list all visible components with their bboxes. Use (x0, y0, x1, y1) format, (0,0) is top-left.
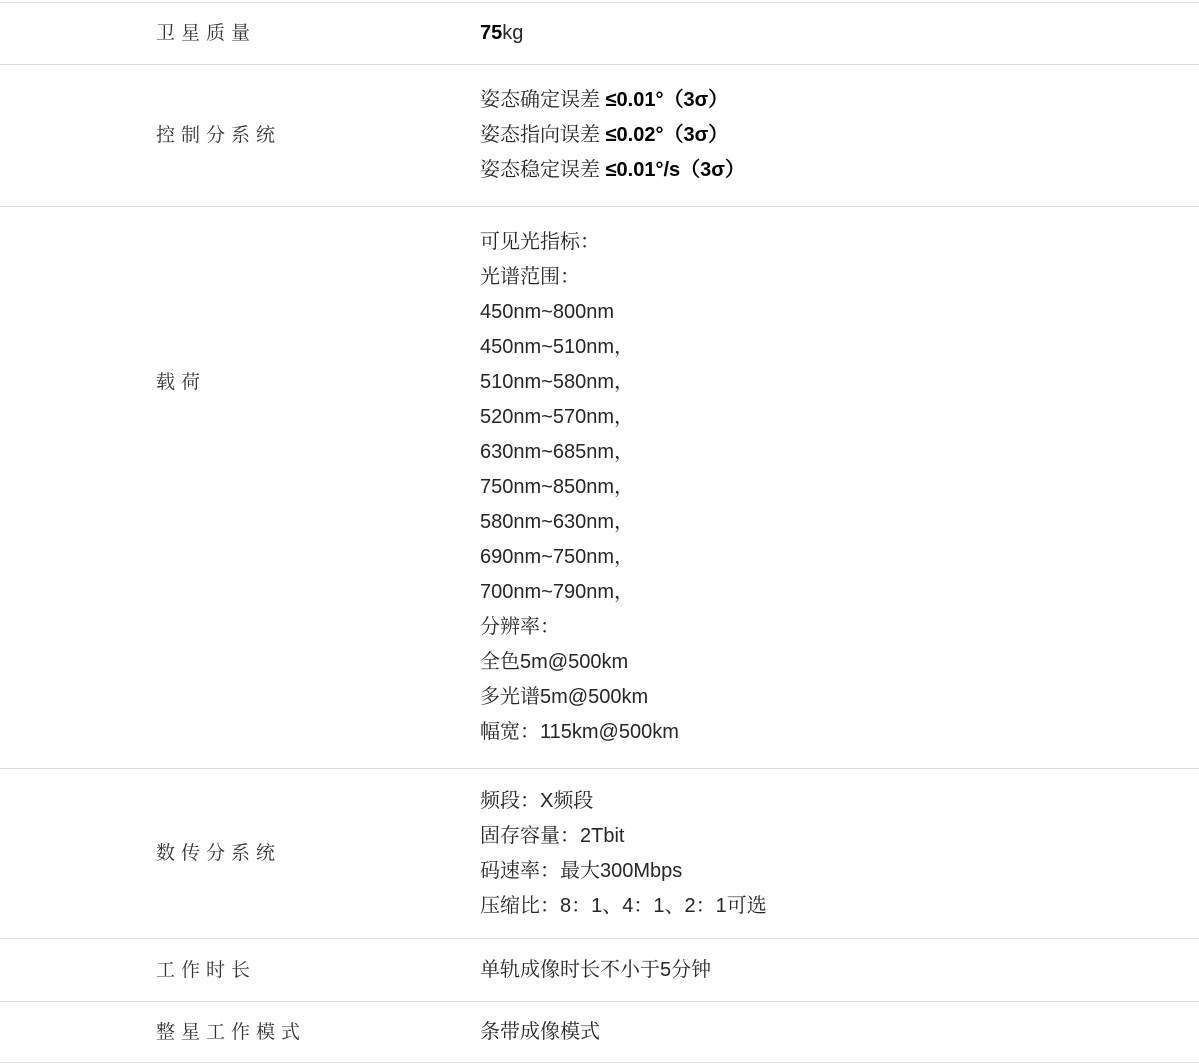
value-line: 520nm~570nm， (480, 400, 1199, 435)
table-row-satellite-work-mode: 整星工作模式 条带成像模式 (0, 1002, 1199, 1063)
row-value-cell: 可见光指标： 光谱范围： 450nm~800nm 450nm~510nm， 51… (480, 207, 1199, 768)
value-line: 姿态稳定误差 ≤0.01°/s（3σ） (480, 153, 1199, 188)
row-value-cell: 条带成像模式 (480, 1002, 1199, 1062)
value-line: 全色5m@500km (480, 645, 1199, 680)
value-line: 压缩比：8：1、4：1、2：1可选 (480, 889, 1199, 924)
text-segment: 姿态指向误差 (480, 124, 606, 146)
text-segment: 条带成像模式 (480, 1021, 600, 1043)
text-segment: 580nm~630nm， (480, 511, 634, 533)
text-segment: 450nm~800nm (480, 301, 614, 323)
value-line: 75kg (480, 16, 1199, 51)
text-segment: 520nm~570nm， (480, 406, 634, 428)
table-row-control-subsystem: 控制分系统 姿态确定误差 ≤0.01°（3σ） 姿态指向误差 ≤0.02°（3σ… (0, 65, 1199, 207)
value-line: 条带成像模式 (480, 1015, 1199, 1050)
text-segment: 压缩比：8：1、4：1、2：1可选 (480, 895, 767, 917)
text-segment: 750nm~850nm， (480, 476, 634, 498)
value-line: 750nm~850nm， (480, 470, 1199, 505)
table-row-data-transmission-subsystem: 数传分系统 频段：X频段 固存容量：2Tbit 码速率：最大300Mbps 压缩… (0, 769, 1199, 939)
value-line: 690nm~750nm， (480, 540, 1199, 575)
text-segment: 多光谱5m@500km (480, 686, 648, 708)
value-line: 450nm~800nm (480, 295, 1199, 330)
value-line: 固存容量：2Tbit (480, 819, 1199, 854)
row-label: 工作时长 (156, 953, 480, 988)
row-label-cell: 卫星质量 (0, 3, 480, 64)
value-line: 光谱范围： (480, 260, 1199, 295)
text-segment: 510nm~580nm， (480, 371, 634, 393)
text-segment: 全色5m@500km (480, 651, 628, 673)
text-segment: kg (502, 22, 523, 44)
row-label-cell: 控制分系统 (0, 65, 480, 206)
value-line: 450nm~510nm， (480, 330, 1199, 365)
value-line: 510nm~580nm， (480, 365, 1199, 400)
text-segment: 光谱范围： (480, 266, 580, 288)
value-line: 多光谱5m@500km (480, 680, 1199, 715)
table-row-working-duration: 工作时长 单轨成像时长不小于5分钟 (0, 939, 1199, 1002)
text-segment: 450nm~510nm， (480, 336, 634, 358)
value-line: 630nm~685nm， (480, 435, 1199, 470)
text-segment: 幅宽：115km@500km (480, 721, 679, 743)
text-segment-bold: ≤0.02°（3σ） (606, 124, 729, 146)
text-segment: 分辨率： (480, 616, 560, 638)
value-line: 幅宽：115km@500km (480, 715, 1199, 750)
row-label: 卫星质量 (156, 16, 480, 51)
value-line: 姿态确定误差 ≤0.01°（3σ） (480, 83, 1199, 118)
row-value-cell: 频段：X频段 固存容量：2Tbit 码速率：最大300Mbps 压缩比：8：1、… (480, 769, 1199, 938)
text-segment: 690nm~750nm， (480, 546, 634, 568)
text-segment: 姿态确定误差 (480, 89, 606, 111)
row-label-cell: 载荷 (0, 207, 480, 768)
text-segment: 单轨成像时长不小于5分钟 (480, 959, 711, 981)
text-segment: 固存容量：2Tbit (480, 825, 624, 847)
text-segment: 630nm~685nm， (480, 441, 634, 463)
text-segment: 700nm~790nm， (480, 581, 634, 603)
row-label: 载荷 (156, 365, 480, 400)
row-label-cell: 工作时长 (0, 939, 480, 1001)
value-line: 单轨成像时长不小于5分钟 (480, 953, 1199, 988)
row-value-cell: 单轨成像时长不小于5分钟 (480, 939, 1199, 1001)
row-label-cell: 数传分系统 (0, 769, 480, 938)
text-segment: 码速率：最大300Mbps (480, 860, 682, 882)
spec-table: 卫星质量 75kg 控制分系统 姿态确定误差 ≤0.01°（3σ） 姿态指向误差… (0, 2, 1199, 1063)
row-value-cell: 75kg (480, 3, 1199, 64)
text-segment: 姿态稳定误差 (480, 159, 606, 181)
row-label: 整星工作模式 (156, 1015, 480, 1050)
value-line: 580nm~630nm， (480, 505, 1199, 540)
value-line: 频段：X频段 (480, 784, 1199, 819)
text-segment-bold: 75 (480, 22, 502, 44)
table-row-payload: 载荷 可见光指标： 光谱范围： 450nm~800nm 450nm~510nm，… (0, 207, 1199, 769)
row-label: 控制分系统 (156, 118, 480, 153)
text-segment-bold: ≤0.01°（3σ） (606, 89, 729, 111)
value-line: 分辨率： (480, 610, 1199, 645)
row-label: 数传分系统 (156, 836, 480, 871)
table-row-satellite-mass: 卫星质量 75kg (0, 3, 1199, 65)
text-segment: 频段：X频段 (480, 790, 593, 812)
value-line: 码速率：最大300Mbps (480, 854, 1199, 889)
text-segment-bold: ≤0.01°/s（3σ） (606, 159, 745, 181)
value-line: 可见光指标： (480, 225, 1199, 260)
value-line: 姿态指向误差 ≤0.02°（3σ） (480, 118, 1199, 153)
row-value-cell: 姿态确定误差 ≤0.01°（3σ） 姿态指向误差 ≤0.02°（3σ） 姿态稳定… (480, 65, 1199, 206)
row-label-cell: 整星工作模式 (0, 1002, 480, 1062)
text-segment: 可见光指标： (480, 231, 600, 253)
value-line: 700nm~790nm， (480, 575, 1199, 610)
